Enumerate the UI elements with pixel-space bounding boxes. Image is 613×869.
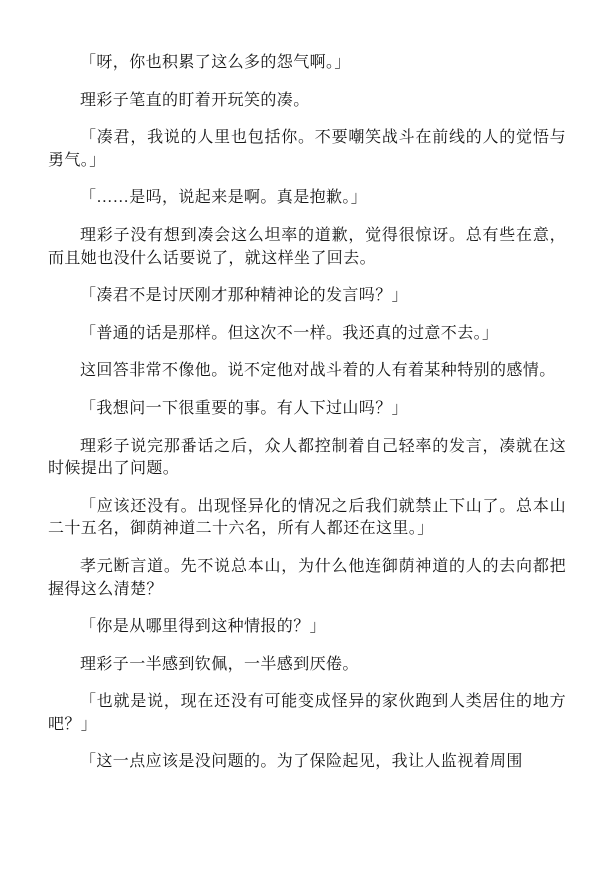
paragraph: 「你是从哪里得到这种情报的？」 (48, 616, 566, 639)
paragraph: 理彩子没有想到凑会这么坦率的道歉，觉得很惊讶。总有些在意，而且她也没什么话要说了… (48, 225, 566, 270)
paragraph: 理彩子一半感到钦佩，一半感到厌倦。 (48, 654, 566, 677)
paragraph: 「普通的话是那样。但这次不一样。我还真的过意不去。」 (48, 323, 566, 346)
paragraph: 「这一点应该是没问题的。为了保险起见，我让人监视着周围 (48, 751, 566, 774)
paragraph: 「……是吗，说起来是啊。真是抱歉。」 (48, 187, 566, 210)
paragraph: 理彩子笔直的盯着开玩笑的凑。 (48, 90, 566, 113)
paragraph: 「呀，你也积累了这么多的怨气啊。」 (48, 52, 566, 75)
paragraph: 「也就是说，现在还没有可能变成怪异的家伙跑到人类居住的地方吧？」 (48, 691, 566, 736)
paragraph: 「应该还没有。出现怪异化的情况之后我们就禁止下山了。总本山二十五名，御荫神道二十… (48, 496, 566, 541)
paragraph: 「凑君，我说的人里也包括你。不要嘲笑战斗在前线的人的觉悟与勇气。」 (48, 127, 566, 172)
paragraph: 孝元断言道。先不说总本山，为什么他连御荫神道的人的去向都把握得这么清楚？ (48, 556, 566, 601)
paragraph: 理彩子说完那番话之后，众人都控制着自己轻率的发言，凑就在这时候提出了问题。 (48, 436, 566, 481)
paragraph: 「凑君不是讨厌刚才那种精神论的发言吗？」 (48, 285, 566, 308)
document-page: 「呀，你也积累了这么多的怨气啊。」 理彩子笔直的盯着开玩笑的凑。 「凑君，我说的… (0, 0, 613, 869)
paragraph: 这回答非常不像他。说不定他对战斗着的人有着某种特别的感情。 (48, 360, 566, 383)
paragraph: 「我想问一下很重要的事。有人下过山吗？」 (48, 398, 566, 421)
